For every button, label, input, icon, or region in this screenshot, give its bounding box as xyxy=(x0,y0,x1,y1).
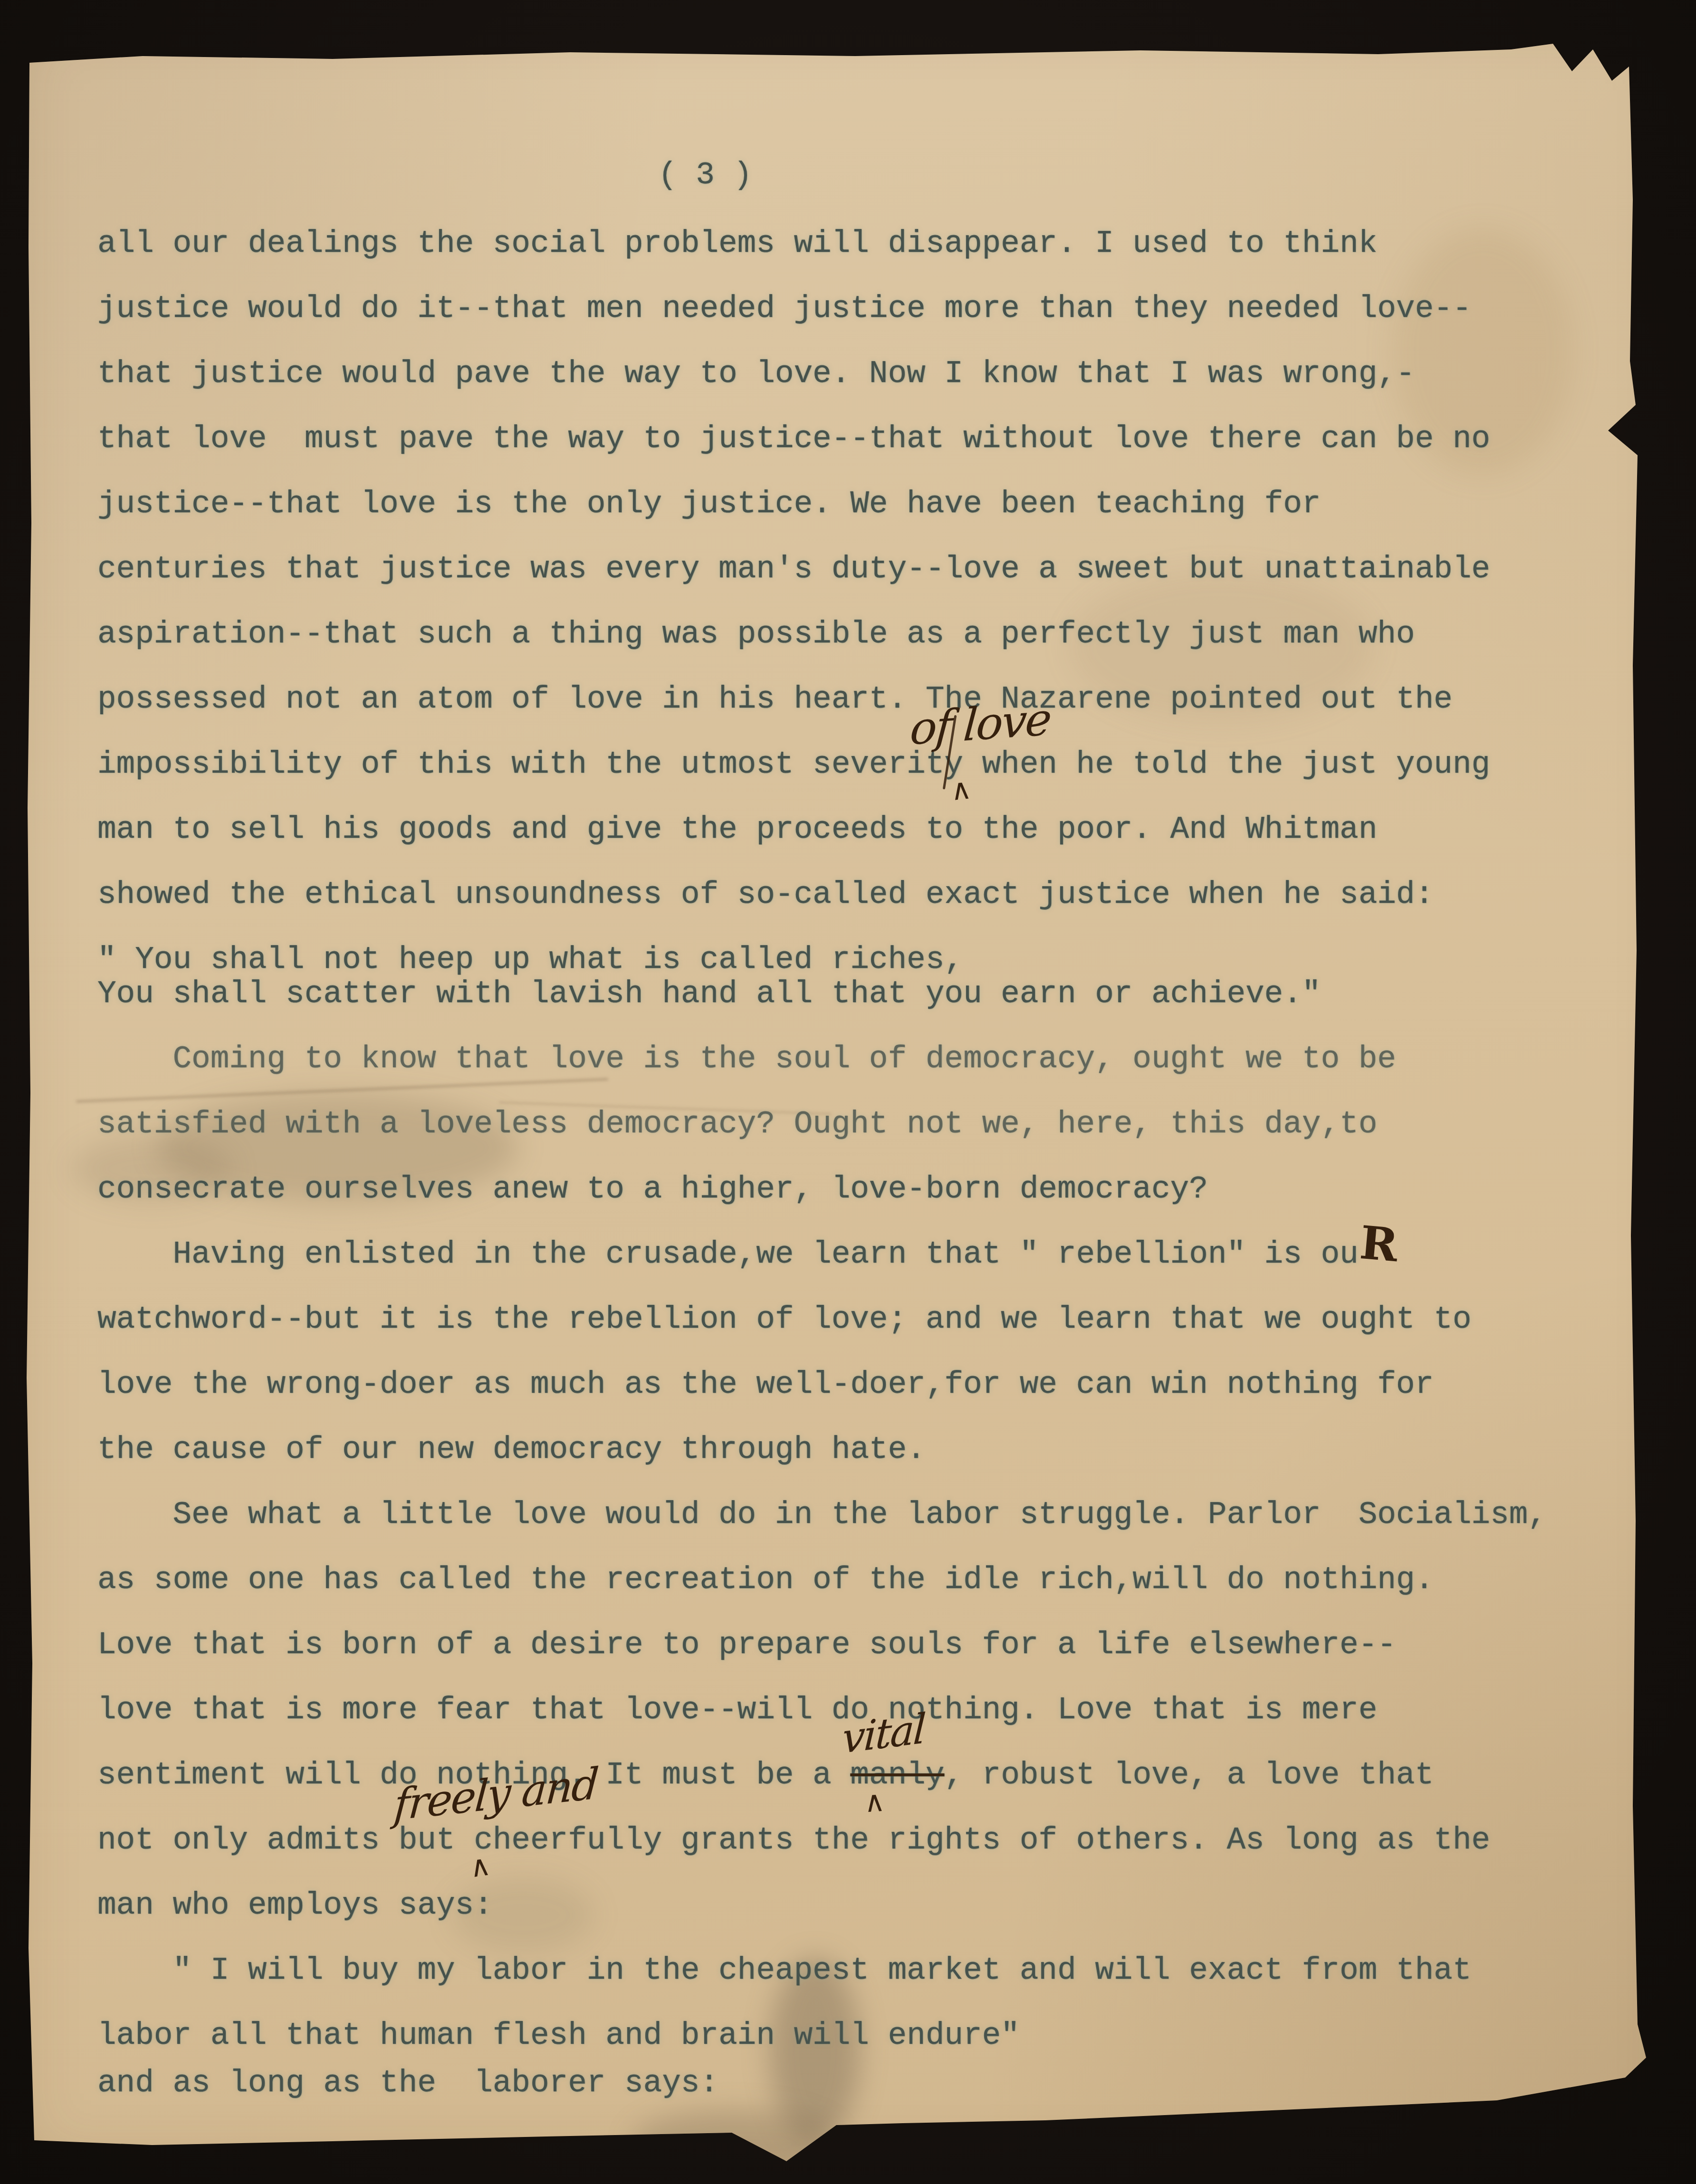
handwritten-letter-r: R xyxy=(1358,1220,1400,1269)
typed-line: justice--that love is the only justice. … xyxy=(97,489,1321,520)
manuscript-page: ( 3 ) all our dealings the social proble… xyxy=(0,0,1696,2184)
typed-line: as some one has called the recreation of… xyxy=(97,1564,1434,1596)
handwritten-insertion-vital: vital xyxy=(841,1708,926,1760)
typed-line: the cause of our new democracy through h… xyxy=(97,1434,926,1466)
handwritten-insertion-of-love: of love xyxy=(909,697,1052,752)
typed-line: all our dealings the social problems wil… xyxy=(97,228,1377,259)
insertion-caret: ∧ xyxy=(863,1787,886,1817)
typed-line: not only admits but cheerfully grants th… xyxy=(97,1825,1490,1856)
typed-line: that love must pave the way to justice--… xyxy=(97,423,1490,455)
typed-line: justice would do it--that men needed jus… xyxy=(97,293,1471,325)
typed-line: labor all that human flesh and brain wil… xyxy=(97,2020,1020,2051)
page-number: ( 3 ) xyxy=(658,160,752,191)
typed-line: man to sell his goods and give the proce… xyxy=(97,814,1377,845)
typed-line: that justice would pave the way to love.… xyxy=(97,358,1415,390)
typed-line: love that is more fear that love--will d… xyxy=(97,1695,1377,1726)
typed-line: watchword--but it is the rebellion of lo… xyxy=(97,1304,1471,1335)
stain xyxy=(632,2110,836,2176)
typed-line: Coming to know that love is the soul of … xyxy=(97,1044,1396,1075)
typed-line: " You shall not heep up what is called r… xyxy=(97,944,963,976)
typed-line: impossibility of this with the utmost se… xyxy=(97,749,1490,780)
typed-line: See what a little love would do in the l… xyxy=(97,1499,1547,1531)
typed-text: , robust love, a love that xyxy=(944,1757,1434,1793)
paper-crease xyxy=(76,1078,608,1103)
typed-line: consecrate ourselves anew to a higher, l… xyxy=(97,1174,1208,1205)
typed-line: sentiment will do nothing. It must be a … xyxy=(97,1760,1434,1791)
typed-line: aspiration--that such a thing was possib… xyxy=(97,619,1415,650)
typed-line: Having enlisted in the crusade,we learn … xyxy=(97,1239,1359,1270)
typed-line: centuries that justice was every man's d… xyxy=(97,554,1490,585)
typed-line: love the wrong-doer as much as the well-… xyxy=(97,1369,1434,1400)
typed-line: man who employs says: xyxy=(97,1890,493,1921)
typed-line: showed the ethical unsoundness of so-cal… xyxy=(97,879,1434,910)
scanner-background: ( 3 ) all our dealings the social proble… xyxy=(0,0,1696,2184)
insertion-caret: ∧ xyxy=(949,775,973,805)
insertion-caret: ∧ xyxy=(468,1851,492,1882)
typed-line: " I will buy my labor in the cheapest ma… xyxy=(97,1955,1471,1986)
typed-line: and as long as the laborer says: xyxy=(97,2068,719,2099)
typed-line: satisfied with a loveless democracy? Oug… xyxy=(97,1109,1377,1140)
typed-line: Love that is born of a desire to prepare… xyxy=(97,1629,1396,1661)
typed-line: possessed not an atom of love in his hea… xyxy=(97,684,1453,715)
typed-line: You shall scatter with lavish hand all t… xyxy=(97,978,1321,1010)
